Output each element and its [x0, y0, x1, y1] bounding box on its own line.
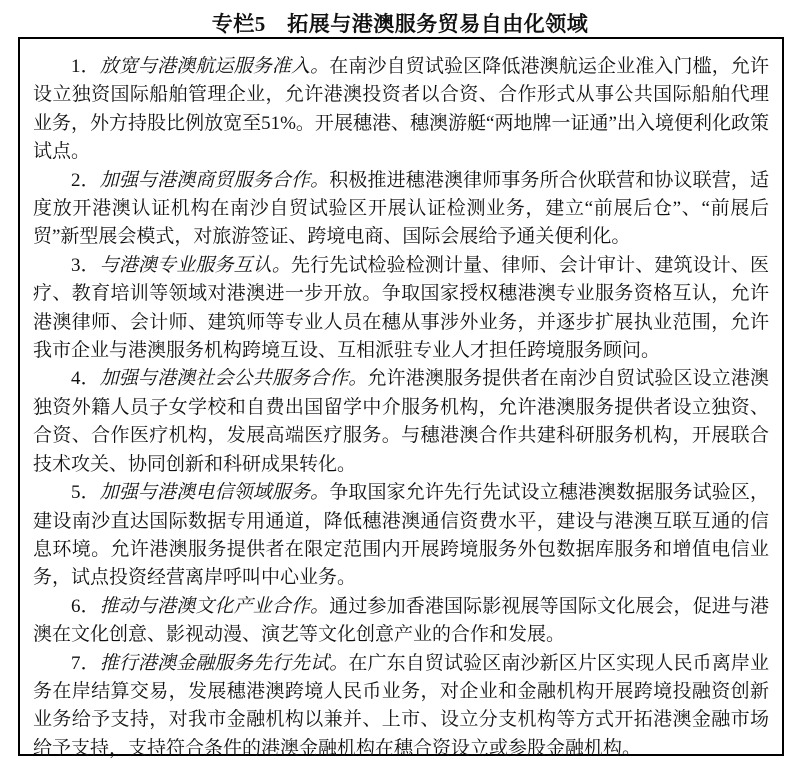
paragraph-2: 2．加强与港澳商贸服务合作。积极推进穗港澳律师事务所合伙联营和协议联营，适度放开… [33, 167, 769, 252]
page-title: 专栏5 拓展与港澳服务贸易自由化领域 [0, 8, 800, 38]
paragraph-1-number: 1． [71, 56, 100, 77]
paragraph-7-number: 7． [71, 653, 100, 674]
paragraph-3: 3．与港澳专业服务互认。先行先试检验检测计量、律师、会计审计、建筑设计、医疗、教… [33, 252, 769, 366]
paragraph-7: 7．推行港澳金融服务先行先试。在广东自贸试验区南沙新区片区实现人民币离岸业务在岸… [33, 650, 769, 764]
paragraph-4-number: 4． [71, 368, 100, 389]
paragraph-5-number: 5． [71, 482, 100, 503]
paragraph-3-number: 3． [71, 255, 100, 276]
paragraph-4-lead: 加强与港澳社会公共服务合作。 [100, 368, 368, 389]
paragraph-6-number: 6． [71, 596, 100, 617]
paragraph-1-lead: 放宽与港澳航运服务准入。 [100, 56, 330, 77]
paragraph-2-number: 2． [71, 170, 100, 191]
paragraph-5: 5．加强与港澳电信领域服务。争取国家允许先行先试设立穗港澳数据服务试验区，建设南… [33, 479, 769, 593]
paragraph-5-lead: 加强与港澳电信领域服务。 [100, 482, 330, 503]
paragraph-2-lead: 加强与港澳商贸服务合作。 [100, 170, 330, 191]
paragraph-6-lead: 推动与港澳文化产业合作。 [100, 596, 330, 617]
column-box: 1．放宽与港澳航运服务准入。在南沙自贸试验区降低港澳航运企业准入门槛，允许设立独… [18, 37, 784, 756]
paragraph-1: 1．放宽与港澳航运服务准入。在南沙自贸试验区降低港澳航运企业准入门槛，允许设立独… [33, 53, 769, 167]
paragraph-6: 6．推动与港澳文化产业合作。通过参加香港国际影视展等国际文化展会，促进与港澳在文… [33, 593, 769, 650]
paragraph-7-lead: 推行港澳金融服务先行先试。 [100, 653, 349, 674]
paragraph-4: 4．加强与港澳社会公共服务合作。允许港澳服务提供者在南沙自贸试验区设立港澳独资外… [33, 365, 769, 479]
paragraph-3-lead: 与港澳专业服务互认。 [100, 255, 291, 276]
